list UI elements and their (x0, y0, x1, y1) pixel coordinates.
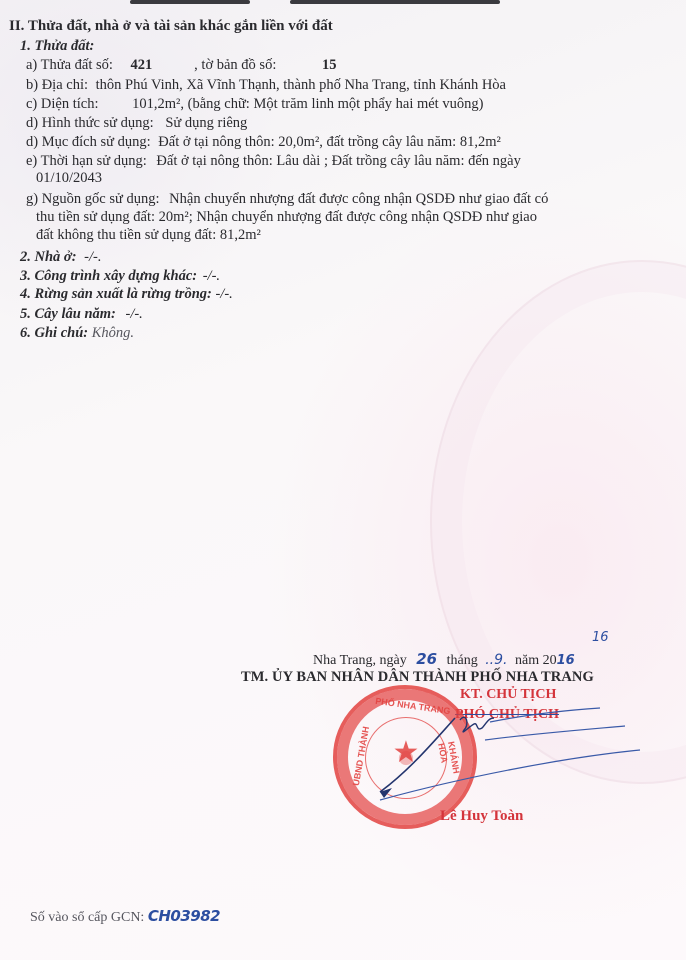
house-row: 2. Nhà ở: -/-. (20, 248, 101, 266)
handwritten-month: ..9. (485, 652, 507, 668)
issuing-authority: TM. ỦY BAN NHÂN DÂN THÀNH PHỐ NHA TRANG (241, 669, 594, 686)
registry-number-value: CH03982 (148, 907, 220, 925)
usage-purpose-value: Đất ở tại nông thôn: 20,0m², đất trồng c… (158, 134, 501, 150)
origin-row: g) Nguồn gốc sử dụng: Nhận chuyển nhượng… (26, 190, 548, 208)
usage-purpose-row: d) Mục đích sử dụng: Đất ở tại nông thôn… (26, 133, 501, 151)
other-construction-label: 3. Công trình xây dựng khác: (20, 268, 197, 284)
origin-value: Nhận chuyển nhượng đất được công nhận QS… (169, 191, 548, 207)
other-construction-row: 3. Công trình xây dựng khác: -/-. (20, 267, 220, 285)
usage-form-row: d) Hình thức sử dụng: Sử dụng riêng (26, 114, 247, 132)
parcel-number-label: a) Thửa đất số: (26, 57, 113, 73)
usage-form-label: d) Hình thức sử dụng: (26, 115, 154, 131)
top-border-line (130, 0, 250, 4)
usage-term-value: Đất ở tại nông thôn: Lâu dài ; Đất trồng… (156, 153, 520, 169)
perennial-trees-label: 5. Cây lâu năm: (20, 306, 116, 322)
address-label: b) Địa chỉ: (26, 77, 88, 93)
map-sheet-value: 15 (322, 57, 337, 73)
handwritten-day: 26 (416, 650, 437, 668)
handwritten-signature (340, 700, 640, 810)
parcel-number-value: 421 (131, 56, 191, 74)
usage-term-date: 01/10/2043 (36, 169, 102, 187)
origin-value-cont: thu tiền sử dụng đất: 20m²; Nhận chuyển … (36, 208, 537, 226)
place-date-prefix: Nha Trang, ngày (313, 653, 407, 668)
parcel-number-row: a) Thửa đất số: 421 , tờ bản đồ số: 15 (26, 56, 336, 74)
signer-name: Lê Huy Toàn (440, 808, 523, 825)
perennial-trees-row: 5. Cây lâu năm: -/-. (20, 305, 143, 323)
handwritten-year: 16 (557, 653, 575, 668)
map-sheet-label: , tờ bản đồ số: (194, 57, 276, 73)
land-heading: 1. Thửa đất: (20, 37, 94, 55)
origin-label: g) Nguồn gốc sử dụng: (26, 191, 160, 207)
house-value: -/-. (84, 249, 101, 265)
year-label: năm 20 (515, 653, 557, 668)
other-construction-value: -/-. (203, 268, 220, 284)
usage-term-label: e) Thời hạn sử dụng: (26, 153, 147, 169)
usage-form-value: Sử dụng riêng (165, 115, 247, 131)
year-correction: 16 (592, 630, 609, 645)
house-label: 2. Nhà ở: (20, 249, 77, 265)
address-value: thôn Phú Vinh, Xã Vĩnh Thạnh, thành phố … (96, 77, 506, 93)
place-date: Nha Trang, ngày 26 tháng ..9. năm 2016 (313, 650, 575, 669)
origin-value-cont: đất không thu tiền sử dụng đất: 81,2m² (36, 226, 261, 244)
planted-forest-row: 4. Rừng sản xuất là rừng trồng: -/-. (20, 285, 233, 303)
usage-purpose-label: d) Mục đích sử dụng: (26, 134, 151, 150)
address-row: b) Địa chỉ: thôn Phú Vinh, Xã Vĩnh Thạnh… (26, 76, 506, 94)
usage-term-row: e) Thời hạn sử dụng: Đất ở tại nông thôn… (26, 152, 521, 170)
notes-value: Không. (92, 325, 134, 341)
area-label: c) Diện tích: (26, 96, 98, 112)
top-border-line (290, 0, 500, 4)
area-value: 101,2m² (132, 96, 180, 112)
perennial-trees-value: -/-. (126, 306, 143, 322)
planted-forest-label: 4. Rừng sản xuất là rừng trồng: (20, 286, 212, 302)
month-label: tháng (447, 653, 478, 668)
area-words: , (bằng chữ: Một trăm linh một phẩy hai … (180, 96, 483, 112)
registry-number-label: Số vào sổ cấp GCN: (30, 910, 144, 925)
notes-label: 6. Ghi chú: (20, 325, 88, 341)
area-row: c) Diện tích: 101,2m², (bằng chữ: Một tr… (26, 95, 483, 113)
registry-number-row: Số vào sổ cấp GCN: CH03982 (30, 907, 220, 926)
planted-forest-value: -/-. (215, 286, 232, 302)
notes-row: 6. Ghi chú: Không. (20, 324, 134, 342)
section-title: II. Thửa đất, nhà ở và tài sản khác gắn … (9, 17, 333, 35)
